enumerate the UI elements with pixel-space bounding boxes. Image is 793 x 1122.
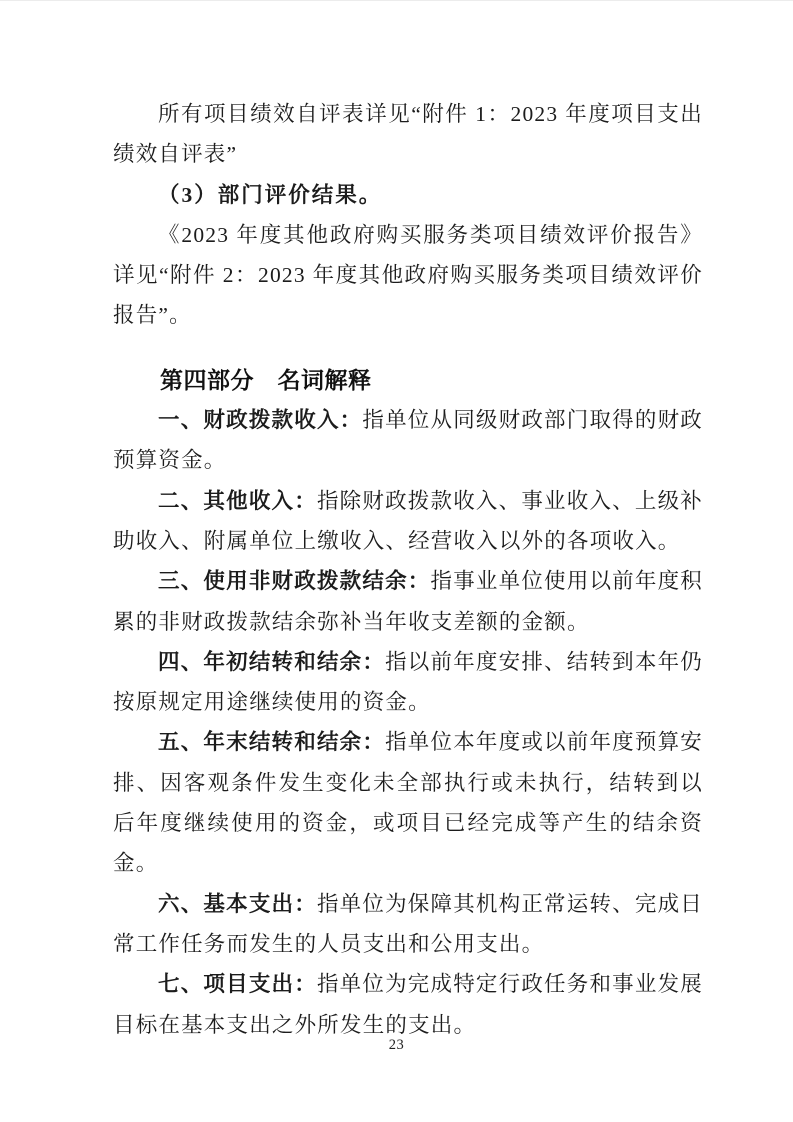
content-block: 所有项目绩效自评表详见“附件 1：2023 年度项目支出绩效自评表” （3）部门… (113, 94, 703, 1045)
term-label: 一、财政拨款收入： (158, 408, 362, 432)
paragraph-dept-eval-result: （3）部门评价结果。 (113, 175, 703, 215)
paragraph-self-eval-table: 所有项目绩效自评表详见“附件 1：2023 年度项目支出绩效自评表” (113, 94, 703, 175)
term-item: 二、其他收入：指除财政拨款收入、事业收入、上级补助收入、附属单位上缴收入、经营收… (113, 481, 703, 562)
term-item: 一、财政拨款收入：指单位从同级财政部门取得的财政预算资金。 (113, 400, 703, 481)
term-item: 六、基本支出：指单位为保障其机构正常运转、完成日常工作任务而发生的人员支出和公用… (113, 884, 703, 965)
term-label: 七、项目支出： (158, 972, 317, 996)
paragraph-eval-report: 《2023 年度其他政府购买服务类项目绩效评价报告》详见“附件 2：2023 年… (113, 215, 703, 336)
term-item: 五、年末结转和结余：指单位本年度或以前年度预算安排、因客观条件发生变化未全部执行… (113, 722, 703, 883)
term-item: 七、项目支出：指单位为完成特定行政任务和事业发展目标在基本支出之外所发生的支出。 (113, 964, 703, 1045)
section-heading: 第四部分 名词解释 (113, 360, 703, 400)
term-label: 六、基本支出： (158, 892, 317, 916)
page-number: 23 (0, 1037, 793, 1054)
term-label: 四、年初结转和结余： (158, 650, 385, 674)
term-label: 五、年末结转和结余： (158, 730, 385, 754)
term-item: 四、年初结转和结余：指以前年度安排、结转到本年仍按原规定用途继续使用的资金。 (113, 642, 703, 723)
term-label: 二、其他收入： (158, 489, 317, 513)
document-page: 所有项目绩效自评表详见“附件 1：2023 年度项目支出绩效自评表” （3）部门… (0, 0, 793, 1122)
term-item: 三、使用非财政拨款结余：指事业单位使用以前年度积累的非财政拨款结余弥补当年收支差… (113, 561, 703, 642)
term-label: 三、使用非财政拨款结余： (158, 569, 431, 593)
